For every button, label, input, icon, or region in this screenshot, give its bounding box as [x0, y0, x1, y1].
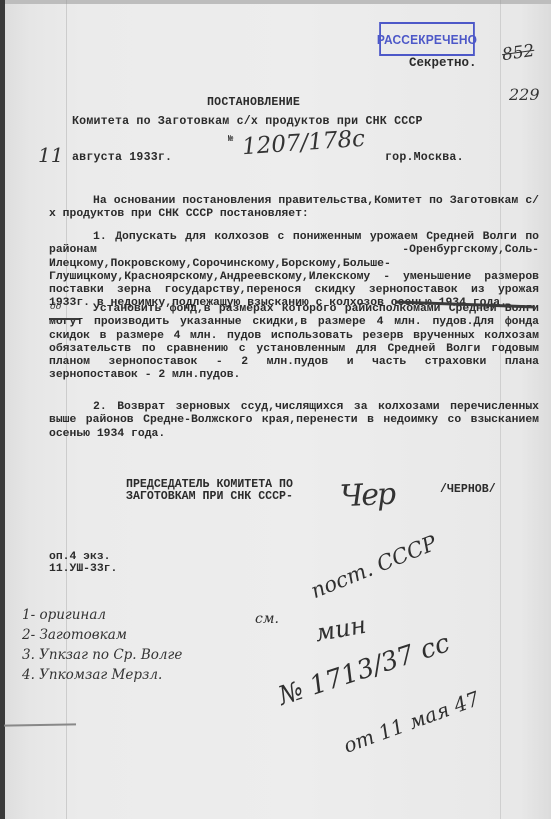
document-title: ПОСТАНОВЛЕНИЕ: [207, 96, 300, 109]
number-label: №: [228, 133, 234, 146]
distribution-item: 4. Упкомзаг Мерзл.: [22, 665, 182, 685]
archive-number: 852: [501, 41, 536, 65]
resolution-line: № 1713/37 сс: [275, 628, 454, 712]
date-day: 11: [38, 143, 63, 167]
copies-note: оп.4 экз. 11.УШ-33г.: [49, 551, 117, 575]
intro-paragraph: На основании постановления правительства…: [49, 195, 539, 222]
point-2: 2. Возврат зерновых ссуд,числящихся за к…: [49, 401, 539, 441]
strikethrough-mark: [49, 318, 79, 320]
page-top-edge: [0, 0, 551, 4]
distribution-list: 1- оригинал 2- Заготовкам 3. Упкзаг по С…: [22, 605, 182, 685]
document-date: августа 1933г.: [72, 151, 172, 164]
distribution-item: 1- оригинал: [22, 605, 182, 625]
point-1: 1. Допускать для колхозов с пониженным у…: [49, 231, 539, 311]
resolution-line: пост. СССР: [307, 531, 440, 603]
page-number: 229: [509, 85, 540, 104]
resolution-line: мин: [313, 611, 368, 647]
copies-count: оп.4 экз.: [49, 551, 111, 563]
declassified-stamp: РАССЕКРЕЧЕНО: [379, 22, 475, 56]
point-2-text: 2. Возврат зерновых ссуд,числящихся за к…: [49, 401, 539, 441]
point-1-text: 1. Допускать для колхозов с пониженным у…: [49, 231, 539, 311]
resolution-line: от 11 мая 47: [340, 686, 482, 757]
resolution-line: см.: [255, 611, 279, 627]
signatory-name: /ЧЕРНОВ/: [440, 483, 496, 496]
copies-date: 11.УШ-33г.: [49, 563, 117, 575]
document-city: гор.Москва.: [385, 151, 464, 164]
signatory-title-line2: ЗАГОТОВКАМ ПРИ СНК СССР-: [126, 490, 293, 503]
signature: Чер: [339, 477, 395, 515]
handwritten-resolution: пост. СССР см. мин № 1713/37 сс от 11 ма…: [255, 555, 485, 755]
signatory-title: ПРЕДСЕДАТЕЛЬ КОМИТЕТА ПО ЗАГОТОВКАМ ПРИ …: [126, 479, 293, 503]
classification-label: Секретно.: [409, 56, 477, 70]
document-number: 1207/178с: [241, 126, 366, 161]
document-subtitle: Комитета по Заготовкам с/х продуктов при…: [72, 115, 423, 128]
document-page: РАССЕКРЕЧЕНО Секретно. 852 229 ПОСТАНОВЛ…: [0, 0, 551, 819]
binding-edge: [0, 0, 5, 819]
intro-text: На основании постановления правительства…: [49, 195, 539, 222]
point-1-fund: Установить фонд,в размерах которого райи…: [49, 303, 539, 383]
distribution-item: 3. Упкзаг по Ср. Волге: [22, 645, 182, 665]
distribution-item: 2- Заготовкам: [22, 625, 182, 645]
point-1-fund-text: Установить фонд,в размерах которого райи…: [49, 303, 539, 383]
